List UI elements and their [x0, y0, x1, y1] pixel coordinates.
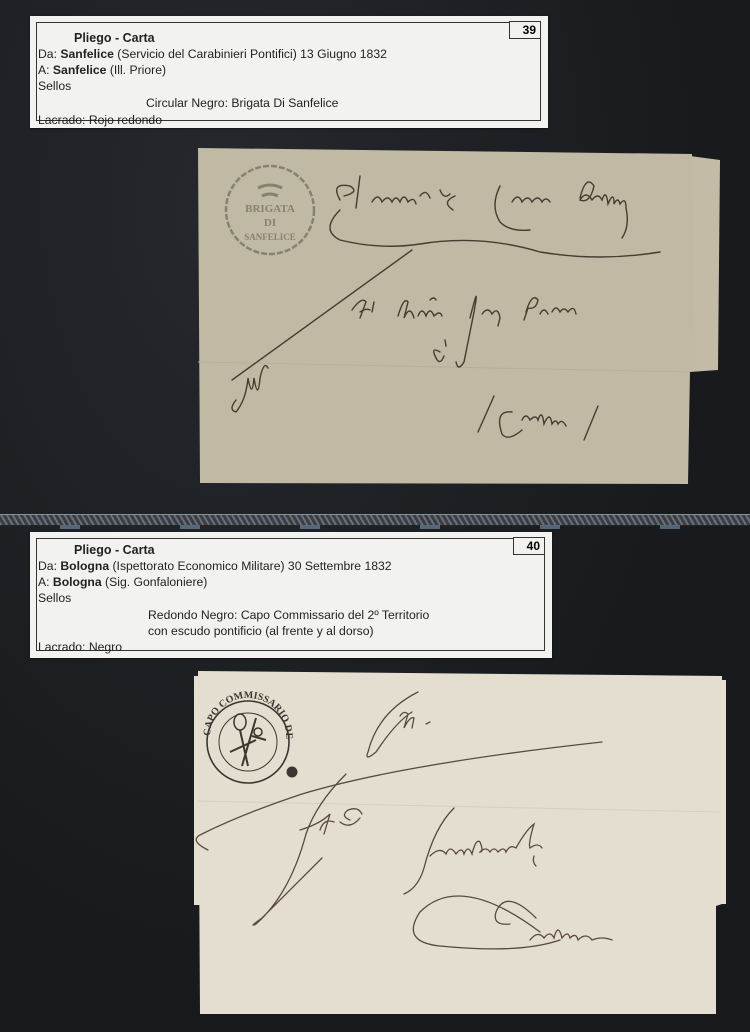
letter-40: CAPO COMMISSARIO DEL 2º TERRITORIO	[0, 0, 750, 1032]
svg-text:CAPO COMMISSARIO DEL 2º TERRIT: CAPO COMMISSARIO DEL 2º TERRITORIO	[0, 0, 294, 740]
letter-40-drawing: CAPO COMMISSARIO DEL 2º TERRITORIO	[0, 0, 750, 1032]
postmark-capo-commissario: CAPO COMMISSARIO DEL 2º TERRITORIO	[0, 0, 297, 783]
